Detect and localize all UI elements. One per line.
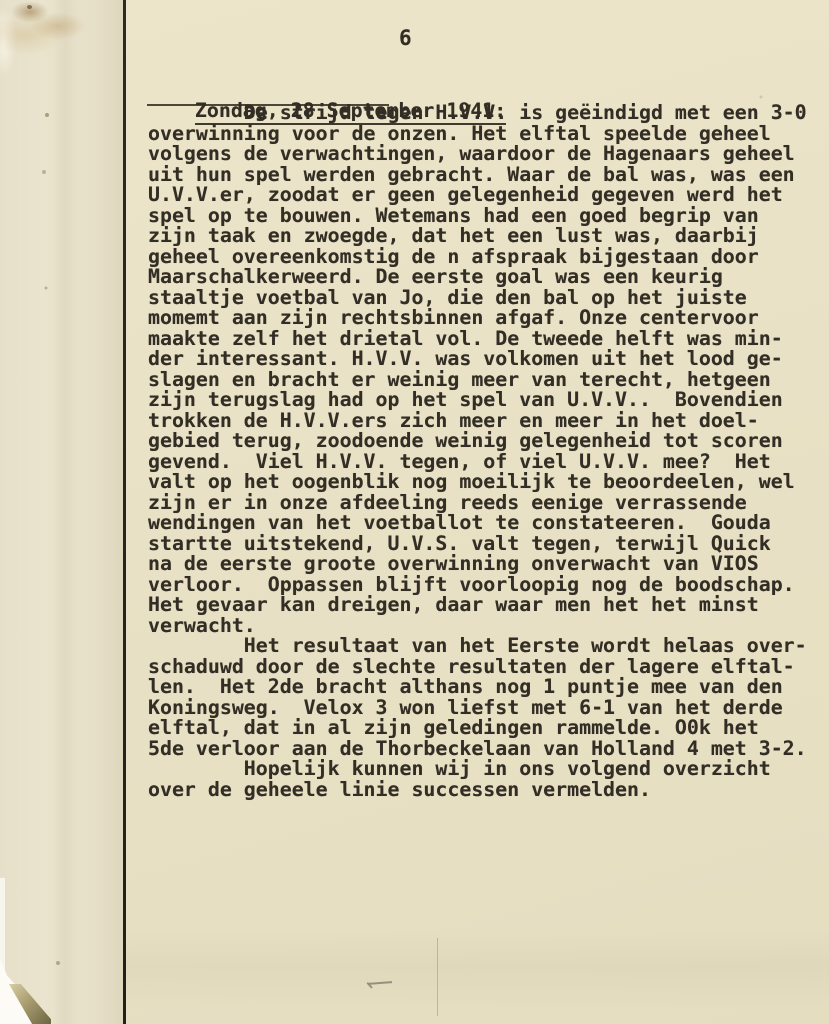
torn-edge-sliver [0,878,5,973]
paper-stain-dot [27,5,32,9]
document-body: De strijd tegen H.V.V. is geëindigd met … [148,103,824,800]
paper-crease-band [126,930,829,1010]
paragraph-match-report: De strijd tegen H.V.V. is geëindigd met … [148,103,824,636]
scanned-document-page: 6 Zondag, 28 September 1941: De strijd t… [0,0,829,1024]
paper-stain [0,0,110,100]
paper-speckles [0,0,2,2]
paragraph-lower-teams: Het resultaat van het Eerste wordt helaa… [148,636,824,759]
paragraph-closing: Hopelijk kunnen wij in ons volgend overz… [148,759,824,800]
page-number: 6 [399,26,412,50]
pencil-mark-stroke [368,981,392,984]
paper-crease-vertical [437,938,438,1016]
paper-crease [52,0,78,1024]
pencil-mark [368,978,394,988]
